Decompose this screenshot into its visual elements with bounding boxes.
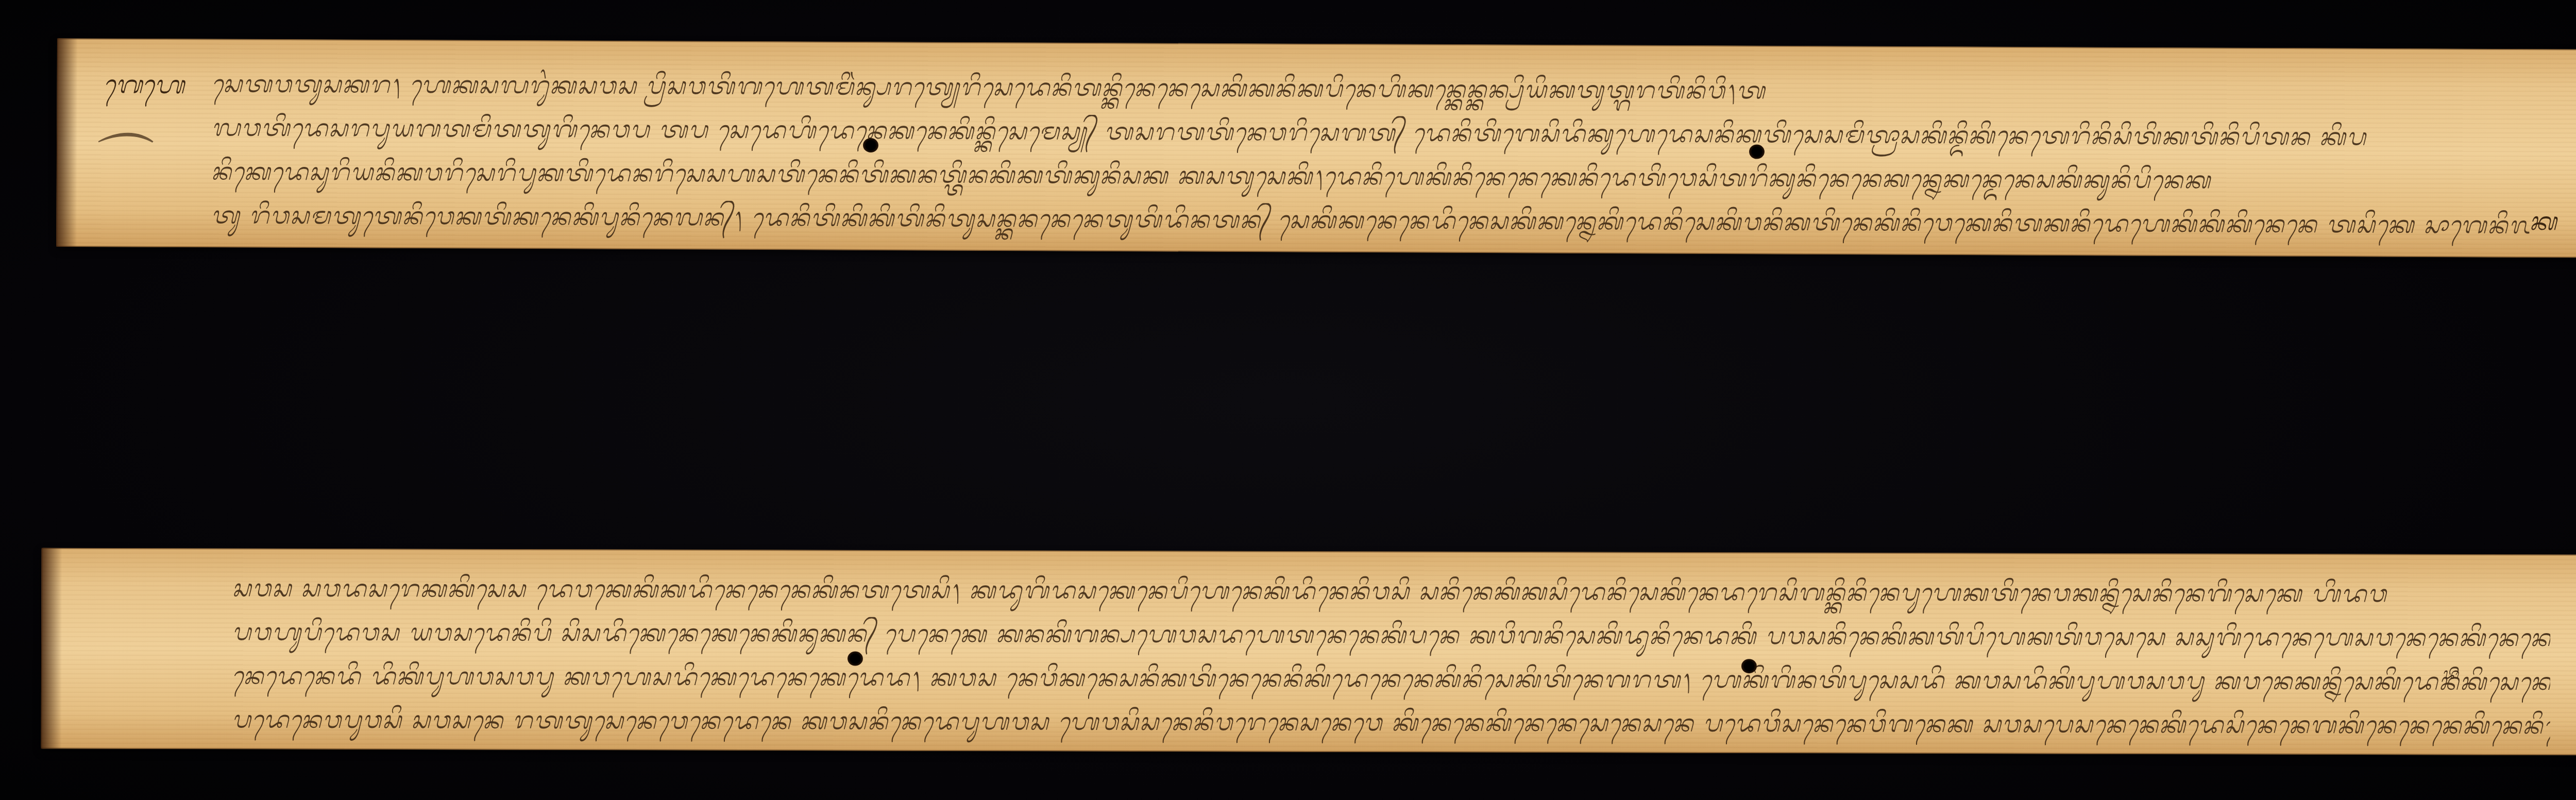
palm-leaf-bottom: ᬲᬯᬲ ᬲᬯᬤᬲᬭᬾᬓᬓᬶᬲᬾᬲ ᬤᬾᬯᬓᬾᬓᬶᬓᬤᬶᬦᬾᬦᬾᬦᬾᬓᬶᬦᬢᬢᬾᬲ… — [41, 548, 2576, 755]
binding-hole — [848, 652, 863, 666]
page-marker: ᬕᬾᬳᬾ — [103, 67, 184, 112]
page-marker-flourish: ⌒ — [88, 115, 145, 197]
script-line: ᬲᬯᬲ ᬲᬯᬤᬲᬭᬾᬓᬓᬶᬲᬾᬲ ᬤᬾᬯᬓᬾᬓᬶᬓᬤᬶᬦᬾᬦᬾᬦᬾᬓᬶᬦᬢᬢᬾᬲ… — [232, 571, 2550, 620]
script-line: ᬧᬯᬳᬸᬧᬶᬤᬾᬯᬲ ᬬᬯᬲᬤᬾᬦᬶᬧᬶ ᬲᬶᬲᬤᬶᬓᬾᬦᬾᬓᬾᬦᬾᬓᬶᬦᬸᬓᬦ… — [232, 615, 2550, 663]
binding-hole — [863, 138, 878, 152]
script-line: ᬦᬾᬤᬾᬦᬾᬤᬶ ᬤᬶᬓᬶᬧᬸᬳᬯᬲᬯᬧᬸ ᬓᬯᬳᬾᬲᬤᬶᬓᬾᬤᬾᬦᬾᬓᬾᬤᬾᬤ… — [232, 659, 2550, 707]
binding-hole — [1749, 144, 1765, 159]
script-line: ᬦᬶᬓᬾᬤᬾᬲᬸᬭᬶᬬᬦᬶᬓᬯᬭᬶᬲᬾᬭᬶᬧᬸᬓᬢᬶᬤᬾᬦᬭᬶᬲᬾᬲᬳᬲᬢᬶᬦᬾ… — [211, 155, 2576, 207]
end-marker: ᬤ — [2442, 662, 2459, 690]
palm-leaf-top: ᬕᬾᬳᬾ ⌒ ᬲᬾᬢᬯᬢᬸᬲᬓᬭ᭞ ᬳᬾᬓᬲᬮᬭᬸᬂᬓᬲᬯᬲ ᬧ᭄ᬭᬶᬲᬯᬢᬶᬕ… — [56, 38, 2576, 258]
end-marker: ᬓ — [2529, 203, 2557, 248]
script-line: ᬮᬯᬢᬶᬤᬾᬲᬭᬧᬸᬬᬕᬢᬫᬶᬢᬢᬸᬕᬶᬦᬾᬯᬧ ᬢᬧ ᬲᬾᬤᬾᬳᬶᬤᬾᬦᬾᬓᬦ… — [211, 111, 2576, 163]
binding-hole — [1741, 659, 1757, 673]
script-line: ᬧᬤᬾᬦᬾᬯᬧᬸᬯᬲᬶ ᬲᬯᬲᬦᬾ ᬭᬢᬢᬸᬲᬾᬦᬾᬯᬾᬦᬾᬤᬾᬦᬾ ᬓᬯᬲᬦᬶ… — [232, 703, 2550, 751]
script-line: ᬢᬸ ᬭᬶᬯᬲᬫᬢᬸᬢᬾᬦᬶᬯᬾᬓᬢᬶᬓᬦᬾᬓᬶᬧᬸᬦᬶᬦᬾᬮᬦ᭄᭞ ᬤᬾᬦᬶᬢ… — [211, 198, 2529, 251]
script-line: ᬲᬾᬢᬯᬢᬸᬲᬓᬭ᭞ ᬳᬾᬓᬲᬮᬭᬸᬂᬓᬲᬯᬲ ᬧ᭄ᬭᬶᬲᬯᬢᬶᬕᬳᬾᬢᬫᬶᬃᬦ… — [211, 67, 2576, 120]
